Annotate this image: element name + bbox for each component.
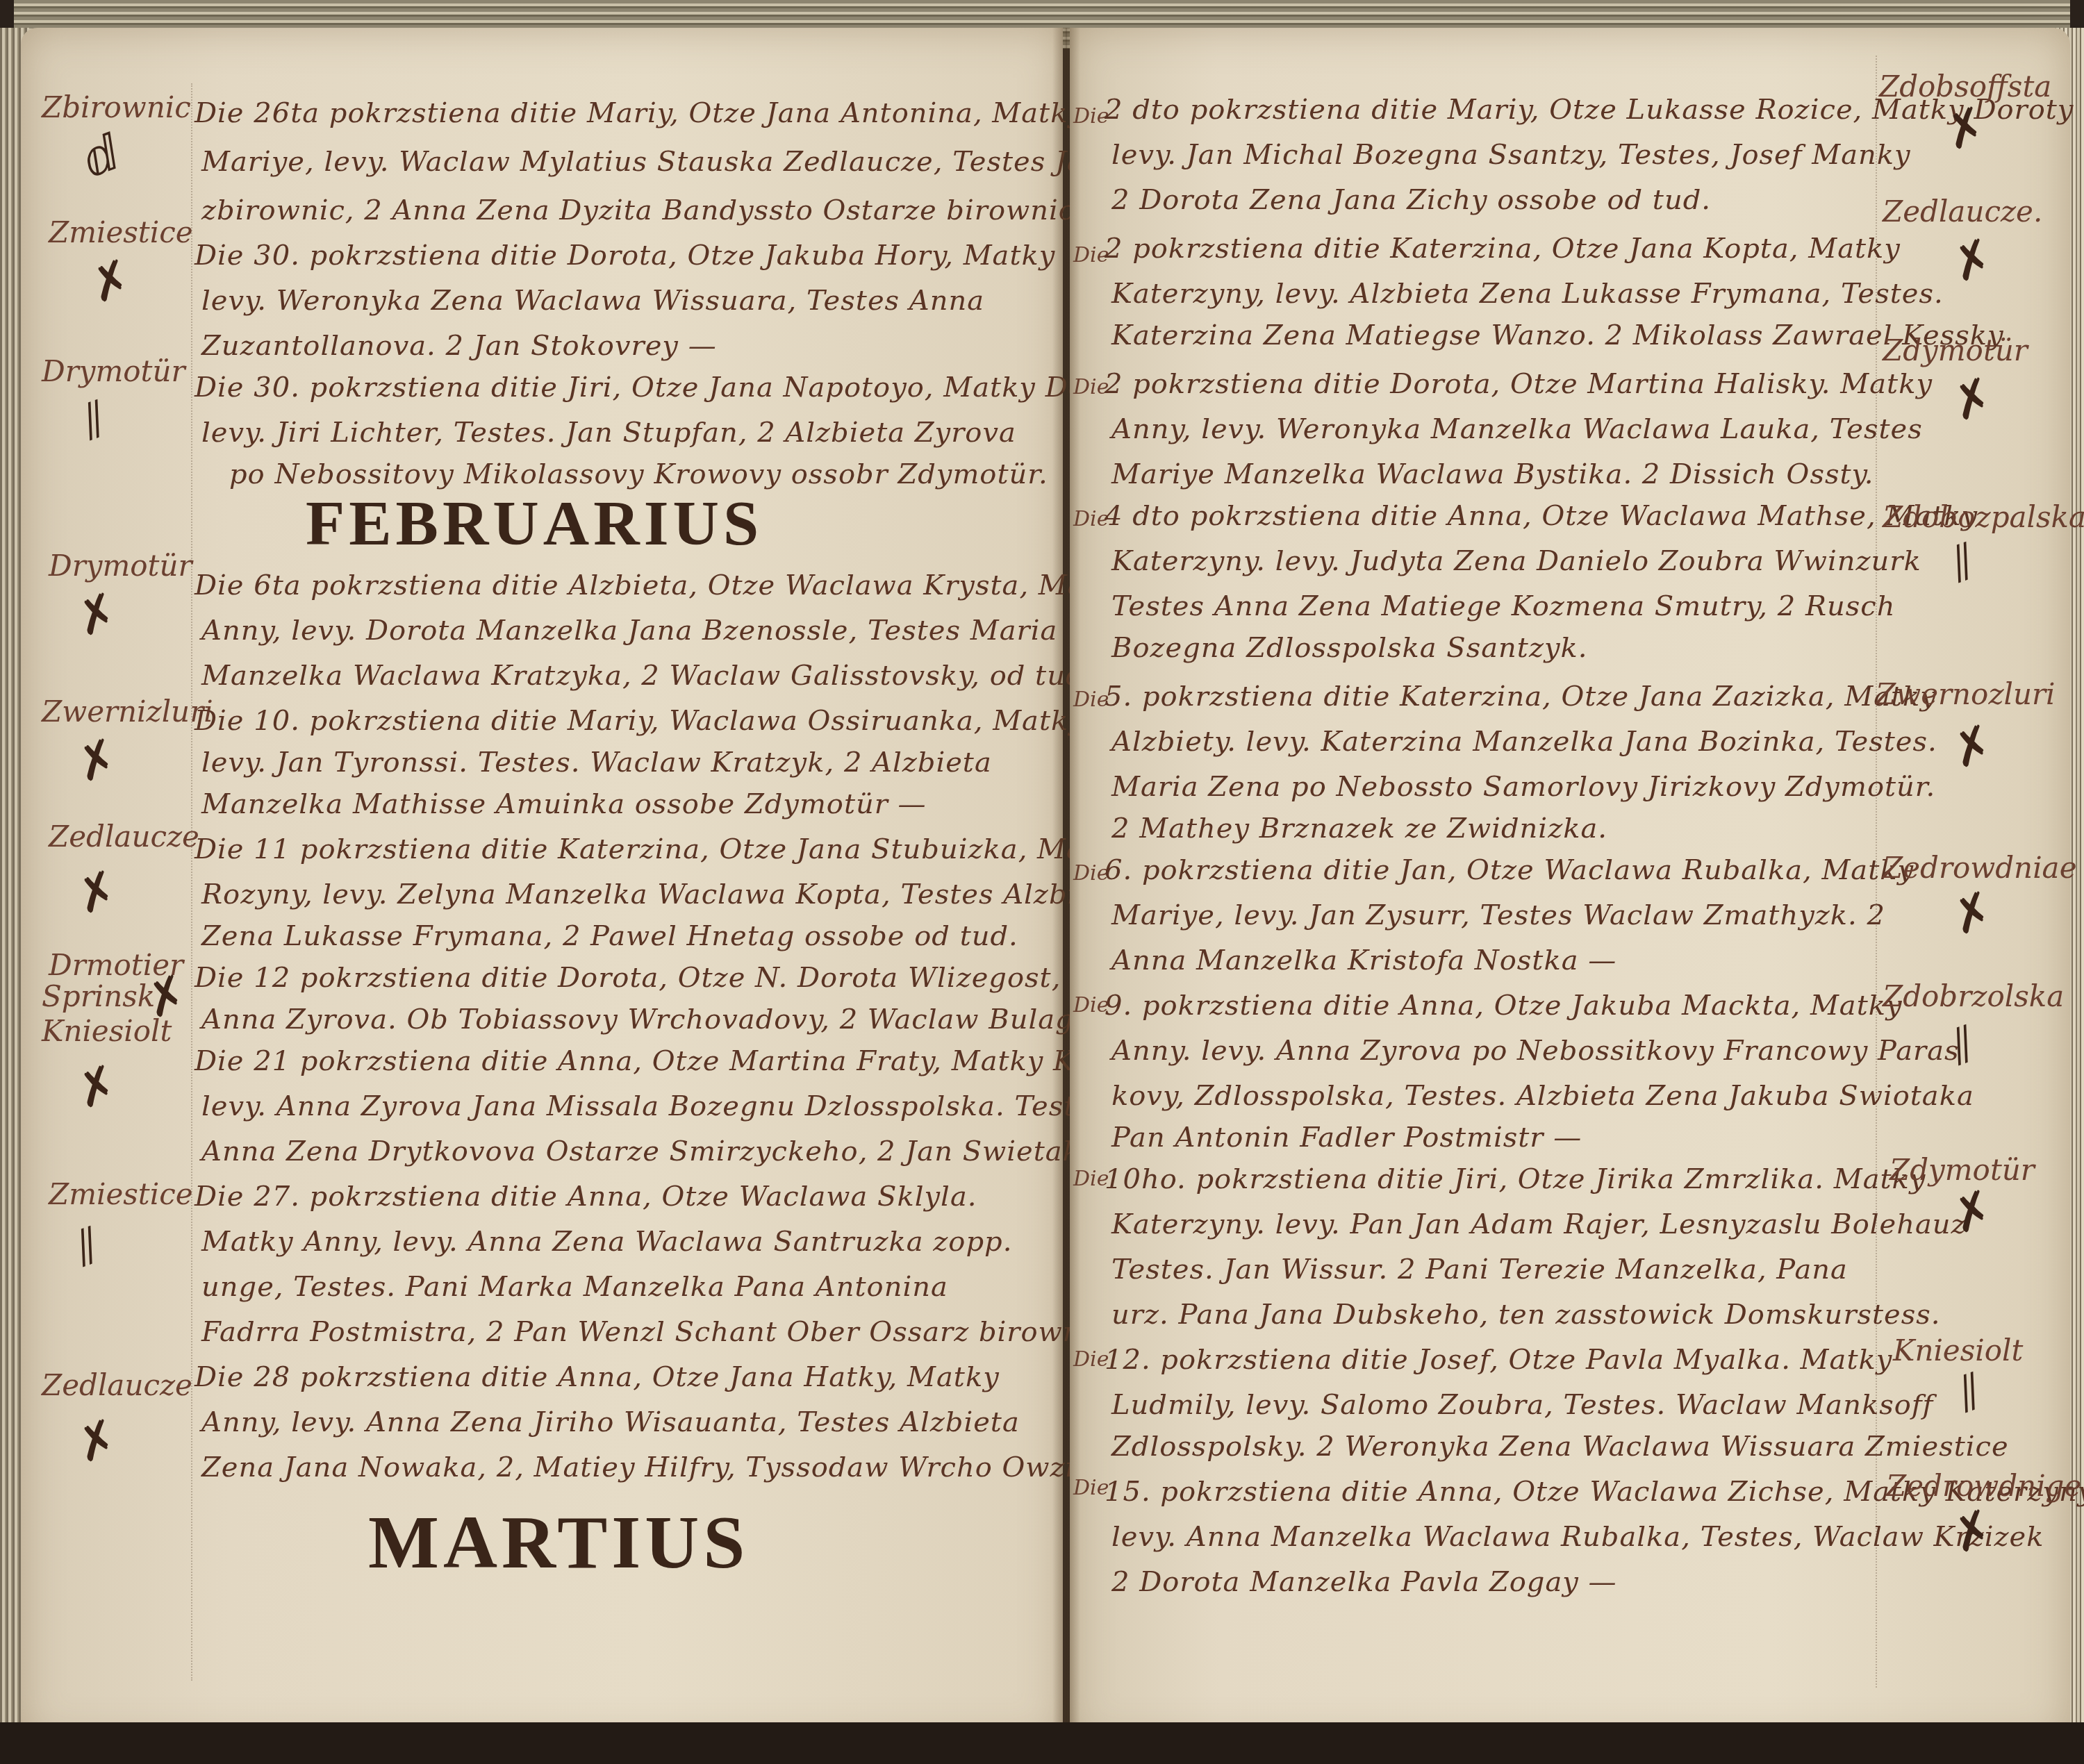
entry-line: Katerzyny, levy. Alzbieta Zena Lukasse F… (1111, 278, 1944, 310)
entry-line: kovy, Zdlosspolska, Testes. Alzbieta Zen… (1111, 1080, 1974, 1112)
cross-mark-icon: ✗ (83, 251, 138, 311)
entry-line: Matky Anny, levy. Anna Zena Waclawa Sant… (201, 1226, 1012, 1258)
entry-line: urz. Pana Jana Dubskeho, ten zasstowick … (1111, 1299, 1941, 1331)
cross-mark-icon: ✗ (69, 1057, 124, 1117)
open-register-book: Zbirownic ⅆ Zmiestice ✗ Drymotür ⫽ Drymo… (0, 0, 2084, 1764)
margin-place: Drymotür (49, 549, 192, 583)
book-bottom-shadow (0, 1722, 2084, 1764)
entry-line: Katerzyny. levy. Pan Jan Adam Rajer, Les… (1111, 1208, 1967, 1240)
margin-place: Zbirownic (42, 90, 191, 124)
entry-line: levy. Jan Tyronssi. Testes. Waclaw Kratz… (201, 747, 992, 779)
margin-place: Kniesiolt (1893, 1333, 2023, 1367)
entry-line: Zena Lukasse Frymana, 2 Pawel Hnetag oss… (201, 920, 1018, 952)
entry-line: Die 30. pokrzstiena ditie Dorota, Otze J… (195, 240, 1055, 272)
entry-line: Mariye Manzelka Waclawa Bystika. 2 Dissi… (1111, 458, 1874, 490)
margin-place: Zdobozpalska (1883, 500, 2084, 534)
entry-line: Anny, levy. Dorota Manzelka Jana Bzenoss… (201, 615, 1057, 647)
entry-line: 2 Dorota Manzelka Pavla Zogay — (1111, 1566, 1617, 1598)
entry-line: Zuzantollanova. 2 Jan Stokovrey — (201, 330, 717, 362)
entry-line: Rozyny, levy. Zelyna Manzelka Waclawa Ko… (201, 879, 1123, 910)
entry-line: Zena Jana Nowaka, 2, Matiey Hilfry, Tyss… (201, 1451, 1136, 1483)
double-slash-mark-icon: ⫽ (76, 394, 113, 447)
entry-line: Ludmily, levy. Salomo Zoubra, Testes. Wa… (1111, 1389, 1933, 1421)
entry-line: Alzbiety. levy. Katerzina Manzelka Jana … (1111, 726, 1937, 758)
entry-line: 6. pokrzstiena ditie Jan, Otze Waclawa R… (1105, 854, 1914, 886)
cross-mark-icon: ✗ (1945, 717, 2000, 776)
entry-line: Anna Manzelka Kristofa Nostka — (1111, 945, 1616, 976)
right-page: Die Die Die Die Die Die Die Die Die Die … (1070, 28, 2070, 1743)
entry-line: 2 pokrzstiena ditie Dorota, Otze Martina… (1105, 368, 1933, 400)
entry-line: levy. Anna Manzelka Waclawa Rubalka, Tes… (1111, 1521, 2044, 1553)
entry-line: levy. Jan Michal Bozegna Ssantzy, Testes… (1111, 139, 1911, 171)
entry-line: Anny. levy. Anna Zyrova po Nebossitkovy … (1111, 1035, 1960, 1067)
entry-line: 2 pokrzstiena ditie Katerzina, Otze Jana… (1105, 233, 1901, 265)
month-heading-february: FEBRUARIUS (306, 486, 763, 560)
entry-line: Die 12 pokrzstiena ditie Dorota, Otze N.… (195, 962, 1136, 994)
entry-line: Zdlosspolsky. 2 Weronyka Zena Waclawa Wi… (1111, 1431, 2009, 1463)
cross-mark-icon: ✗ (69, 863, 124, 922)
margin-place: Zdymotür (1889, 1153, 2035, 1187)
entry-line: 5. pokrzstiena ditie Katerzina, Otze Jan… (1105, 681, 1937, 713)
margin-place: Kniesiolt (42, 1014, 172, 1048)
cross-mark-icon: ✗ (69, 585, 124, 644)
margin-rule (191, 83, 192, 1681)
entry-line: 12. pokrzstiena ditie Josef, Otze Pavla … (1105, 1344, 1892, 1376)
entry-line: Mariye, levy. Jan Zysurr, Testes Waclaw … (1111, 899, 1885, 931)
double-slash-mark-icon: ⫽ (69, 1220, 106, 1273)
entry-line: Anna Zyrova. Ob Tobiassovy Wrchovadovy, … (201, 1004, 1105, 1035)
margin-place: Zedlaucze. (1883, 194, 2042, 228)
margin-place: Drymotür (42, 354, 185, 388)
entry-line: Testes Anna Zena Matiege Kozmena Smutry,… (1111, 590, 1896, 622)
cross-mark-icon: ✗ (1945, 369, 2000, 429)
entry-line: Testes. Jan Wissur. 2 Pani Terezie Manze… (1111, 1254, 1848, 1285)
margin-place: Zedlaucze (49, 819, 199, 854)
entry-line: Katerzyny. levy. Judyta Zena Danielo Zou… (1111, 545, 1921, 577)
entry-line: 2 Mathey Brznazek ze Zwidnizka. (1111, 813, 1607, 844)
entry-line: Die 21 pokrzstiena ditie Anna, Otze Mart… (195, 1045, 1202, 1077)
margin-place: Zdymotür (1883, 333, 2028, 367)
margin-place: Zmiestice (49, 1177, 193, 1211)
cross-mark-icon: ✗ (69, 1411, 124, 1471)
entry-line: Fadrra Postmistra, 2 Pan Wenzl Schant Ob… (201, 1316, 1141, 1348)
entry-line: Anna Zena Drytkovova Ostarze Smirzyckeho… (201, 1135, 1080, 1167)
margin-place: Zedlaucze (42, 1368, 192, 1402)
entry-line: Die 26ta pokrzstiena ditie Mariy, Otze J… (195, 97, 1084, 129)
entry-line: Manzelka Waclawa Kratzyka, 2 Waclaw Gali… (201, 660, 1093, 692)
margin-place: Zwernozluri (1876, 677, 2056, 711)
cross-mark-icon: ✗ (1945, 883, 2000, 943)
margin-place: Zmiestice (49, 215, 193, 249)
double-slash-mark-icon: ⫽ (1951, 1366, 1988, 1419)
tally-mark-icon: ⅆ (76, 128, 126, 185)
entry-line: zbirownic, 2 Anna Zena Dyzita Bandyssto … (201, 194, 1119, 226)
entry-line: 10ho. pokrzstiena ditie Jiri, Otze Jirik… (1105, 1163, 1926, 1195)
entry-line: 4 dto pokrzstiena ditie Anna, Otze Wacla… (1105, 500, 1978, 532)
cross-mark-icon: ✗ (1945, 231, 2000, 290)
entry-line: 2 Dorota Zena Jana Zichy ossobe od tud. (1111, 184, 1711, 216)
entry-line: Die 28 pokrzstiena ditie Anna, Otze Jana… (195, 1361, 1000, 1393)
entry-line: levy. Weronyka Zena Waclawa Wissuara, Te… (201, 285, 984, 317)
entry-line: levy. Anna Zyrova Jana Missala Bozegnu D… (201, 1090, 1107, 1122)
entry-line: Manzelka Mathisse Amuinka ossobe Zdymotü… (201, 788, 927, 820)
entry-line: 9. pokrzstiena ditie Anna, Otze Jakuba M… (1105, 990, 1903, 1022)
entry-line: Katerzina Zena Matiegse Wanzo. 2 Mikolas… (1111, 319, 2004, 351)
entry-line: Anny, levy. Weronyka Manzelka Waclawa La… (1111, 413, 1923, 445)
entry-line: Pan Antonin Fadler Postmistr — (1111, 1122, 1582, 1154)
entry-line: Mariye, levy. Waclaw Mylatius Stauska Ze… (201, 146, 1197, 178)
entry-line: levy. Jiri Lichter, Testes. Jan Stupfan,… (201, 417, 1016, 449)
left-page: Zbirownic ⅆ Zmiestice ✗ Drymotür ⫽ Drymo… (21, 28, 1063, 1743)
month-heading-march: MARTIUS (368, 1500, 749, 1586)
entry-line: Die 27. pokrzstiena ditie Anna, Otze Wac… (195, 1181, 977, 1213)
book-gutter (1052, 28, 1080, 1743)
entry-line: Anny, levy. Anna Zena Jiriho Wisauanta, … (201, 1406, 1020, 1438)
entry-line: Bozegna Zdlosspolska Ssantzyk. (1111, 632, 1588, 664)
margin-place: Zdobrzolska (1883, 979, 2064, 1013)
margin-place: Zedrowdnige (1886, 1469, 2081, 1503)
entry-line: Die 6ta pokrzstiena ditie Alzbieta, Otze… (195, 569, 1131, 601)
margin-place: Sprinsk (42, 979, 155, 1013)
entry-line: Maria Zena po Nebossto Samorlovy Jirizko… (1111, 771, 1935, 803)
cross-mark-icon: ✗ (69, 731, 124, 790)
double-slash-mark-icon: ⫽ (1944, 536, 1981, 589)
margin-place: Zwernizluri (42, 694, 213, 729)
entry-line: Die 11 pokrzstiena ditie Katerzina, Otze… (195, 833, 1130, 865)
entry-line: unge, Testes. Pani Marka Manzelka Pana A… (201, 1271, 948, 1303)
entry-line: Die 30. pokrzstiena ditie Jiri, Otze Jan… (195, 372, 1163, 403)
